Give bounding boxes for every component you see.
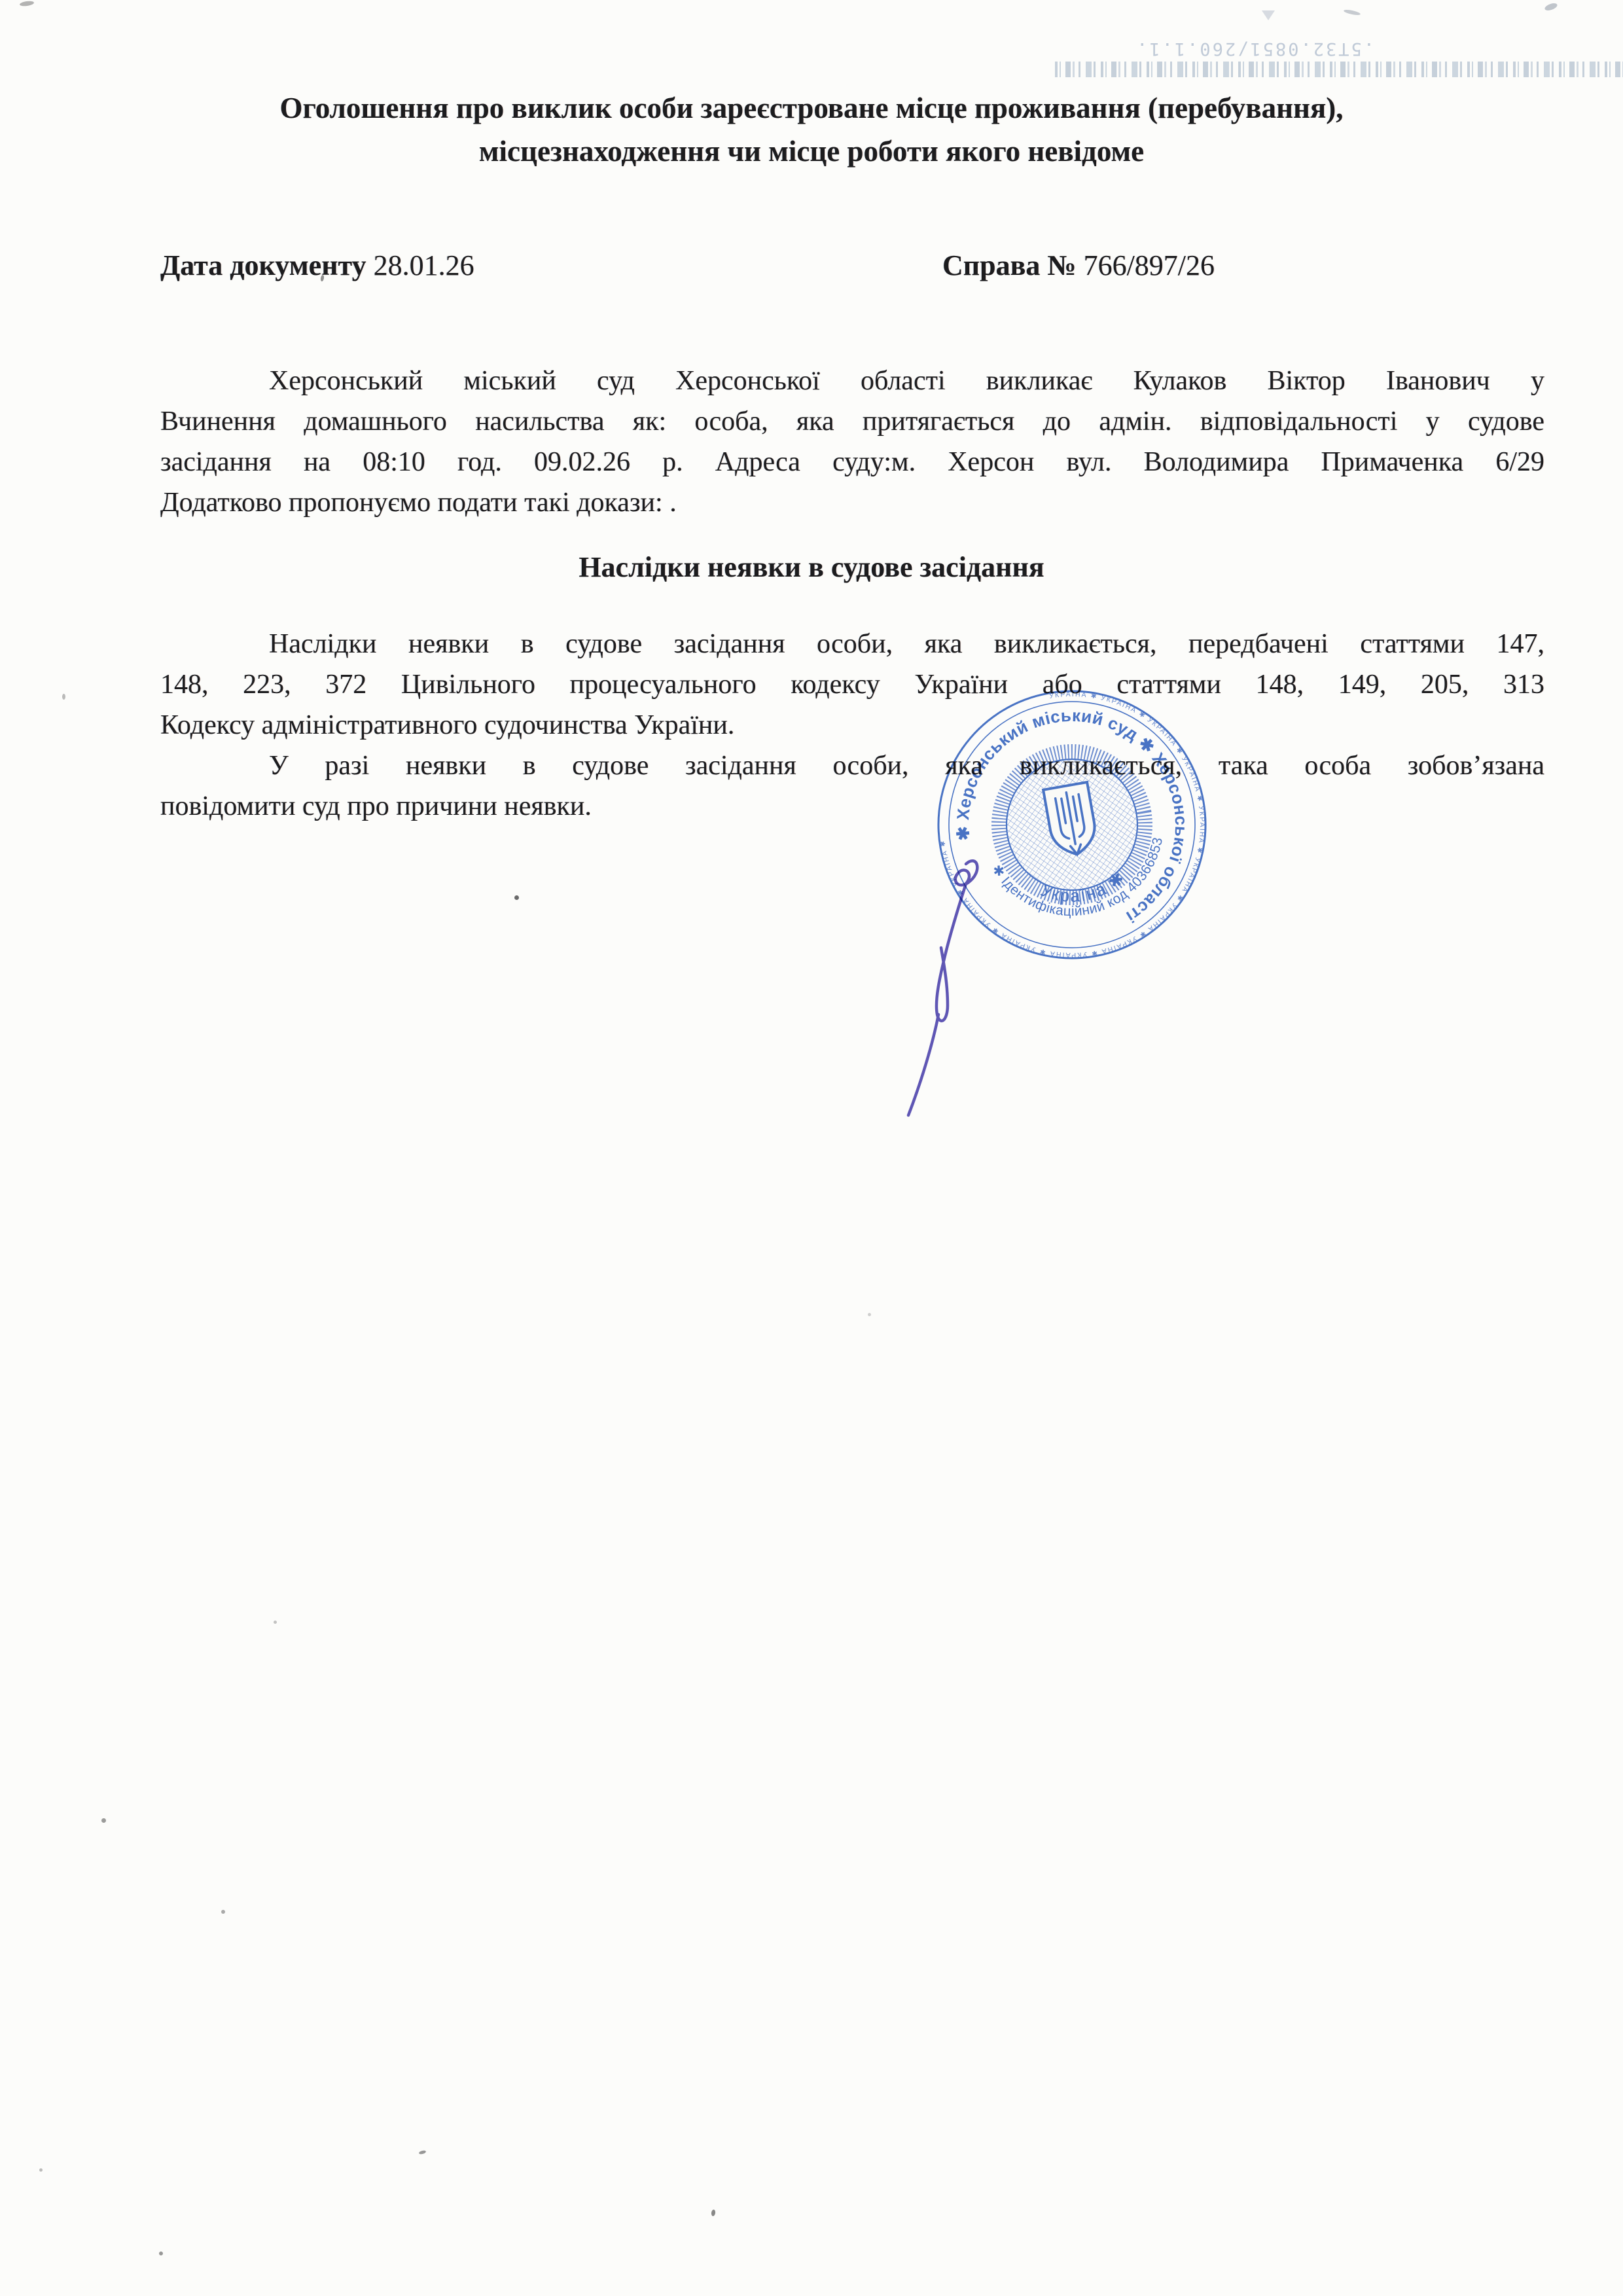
meta-row: Дата документу 28.01.26 Справа № 766/897… <box>160 249 1544 282</box>
case-label: Справа № <box>942 249 1077 281</box>
document-title: Оголошення про виклик особи зареєстрован… <box>0 86 1623 173</box>
scan-speck <box>221 1910 225 1914</box>
scan-speck <box>514 895 519 900</box>
paragraph-line: Вчинення домашнього насильства як: особа… <box>160 401 1544 442</box>
barcode <box>1055 62 1623 77</box>
case-value: 766/897/26 <box>1084 249 1215 281</box>
date-label: Дата документу <box>160 249 366 281</box>
scan-speck <box>62 694 65 700</box>
paragraph-line: Кодексу адміністративного судочинства Ук… <box>160 705 1544 745</box>
scan-speck <box>274 1621 277 1624</box>
scan-speck <box>711 2210 715 2217</box>
document-page: .5T32.0851/260.1.1. Оголошення про викли… <box>0 0 1623 2296</box>
paragraph-line: Наслідки неявки в судове засідання особи… <box>160 624 1544 664</box>
scan-speck <box>20 1 35 7</box>
scan-speck <box>868 1313 871 1316</box>
paragraph-summons: Херсонський міський суд Херсонської обла… <box>160 361 1544 523</box>
scan-speck <box>39 2168 43 2172</box>
scan-speck <box>1344 9 1361 16</box>
title-line-2: місцезнаходження чи місце роботи якого н… <box>0 130 1623 173</box>
paragraph-line: 148, 223, 372 Цивільного процесуального … <box>160 664 1544 705</box>
paragraph-line: засідання на 08:10 год. 09.02.26 р. Адре… <box>160 442 1544 482</box>
title-line-1: Оголошення про виклик особи зареєстрован… <box>0 86 1623 130</box>
document-date: Дата документу 28.01.26 <box>160 249 474 281</box>
scan-speck <box>101 1818 106 1823</box>
paragraph-line: Додатково пропонуємо подати такі докази:… <box>160 482 1544 523</box>
section-heading: Наслідки неявки в судове засідання <box>0 550 1623 584</box>
paragraph-line: У разі неявки в судове засідання особи, … <box>160 745 1544 786</box>
scan-speck <box>159 2251 163 2255</box>
paragraph-notify: У разі неявки в судове засідання особи, … <box>160 745 1544 827</box>
signature <box>898 846 1016 1134</box>
scan-speck <box>419 2150 427 2155</box>
scan-mark <box>1262 10 1275 20</box>
paragraph-consequences: Наслідки неявки в судове засідання особи… <box>160 624 1544 745</box>
scan-speck <box>1544 2 1558 12</box>
paragraph-line: повідомити суд про причини неявки. <box>160 786 1544 827</box>
bleedthrough-text: .5T32.0851/260.1.1. <box>1139 33 1374 59</box>
paragraph-line: Херсонський міський суд Херсонської обла… <box>160 361 1544 401</box>
case-number: Справа № 766/897/26 <box>942 249 1215 282</box>
date-value: 28.01.26 <box>374 249 474 281</box>
